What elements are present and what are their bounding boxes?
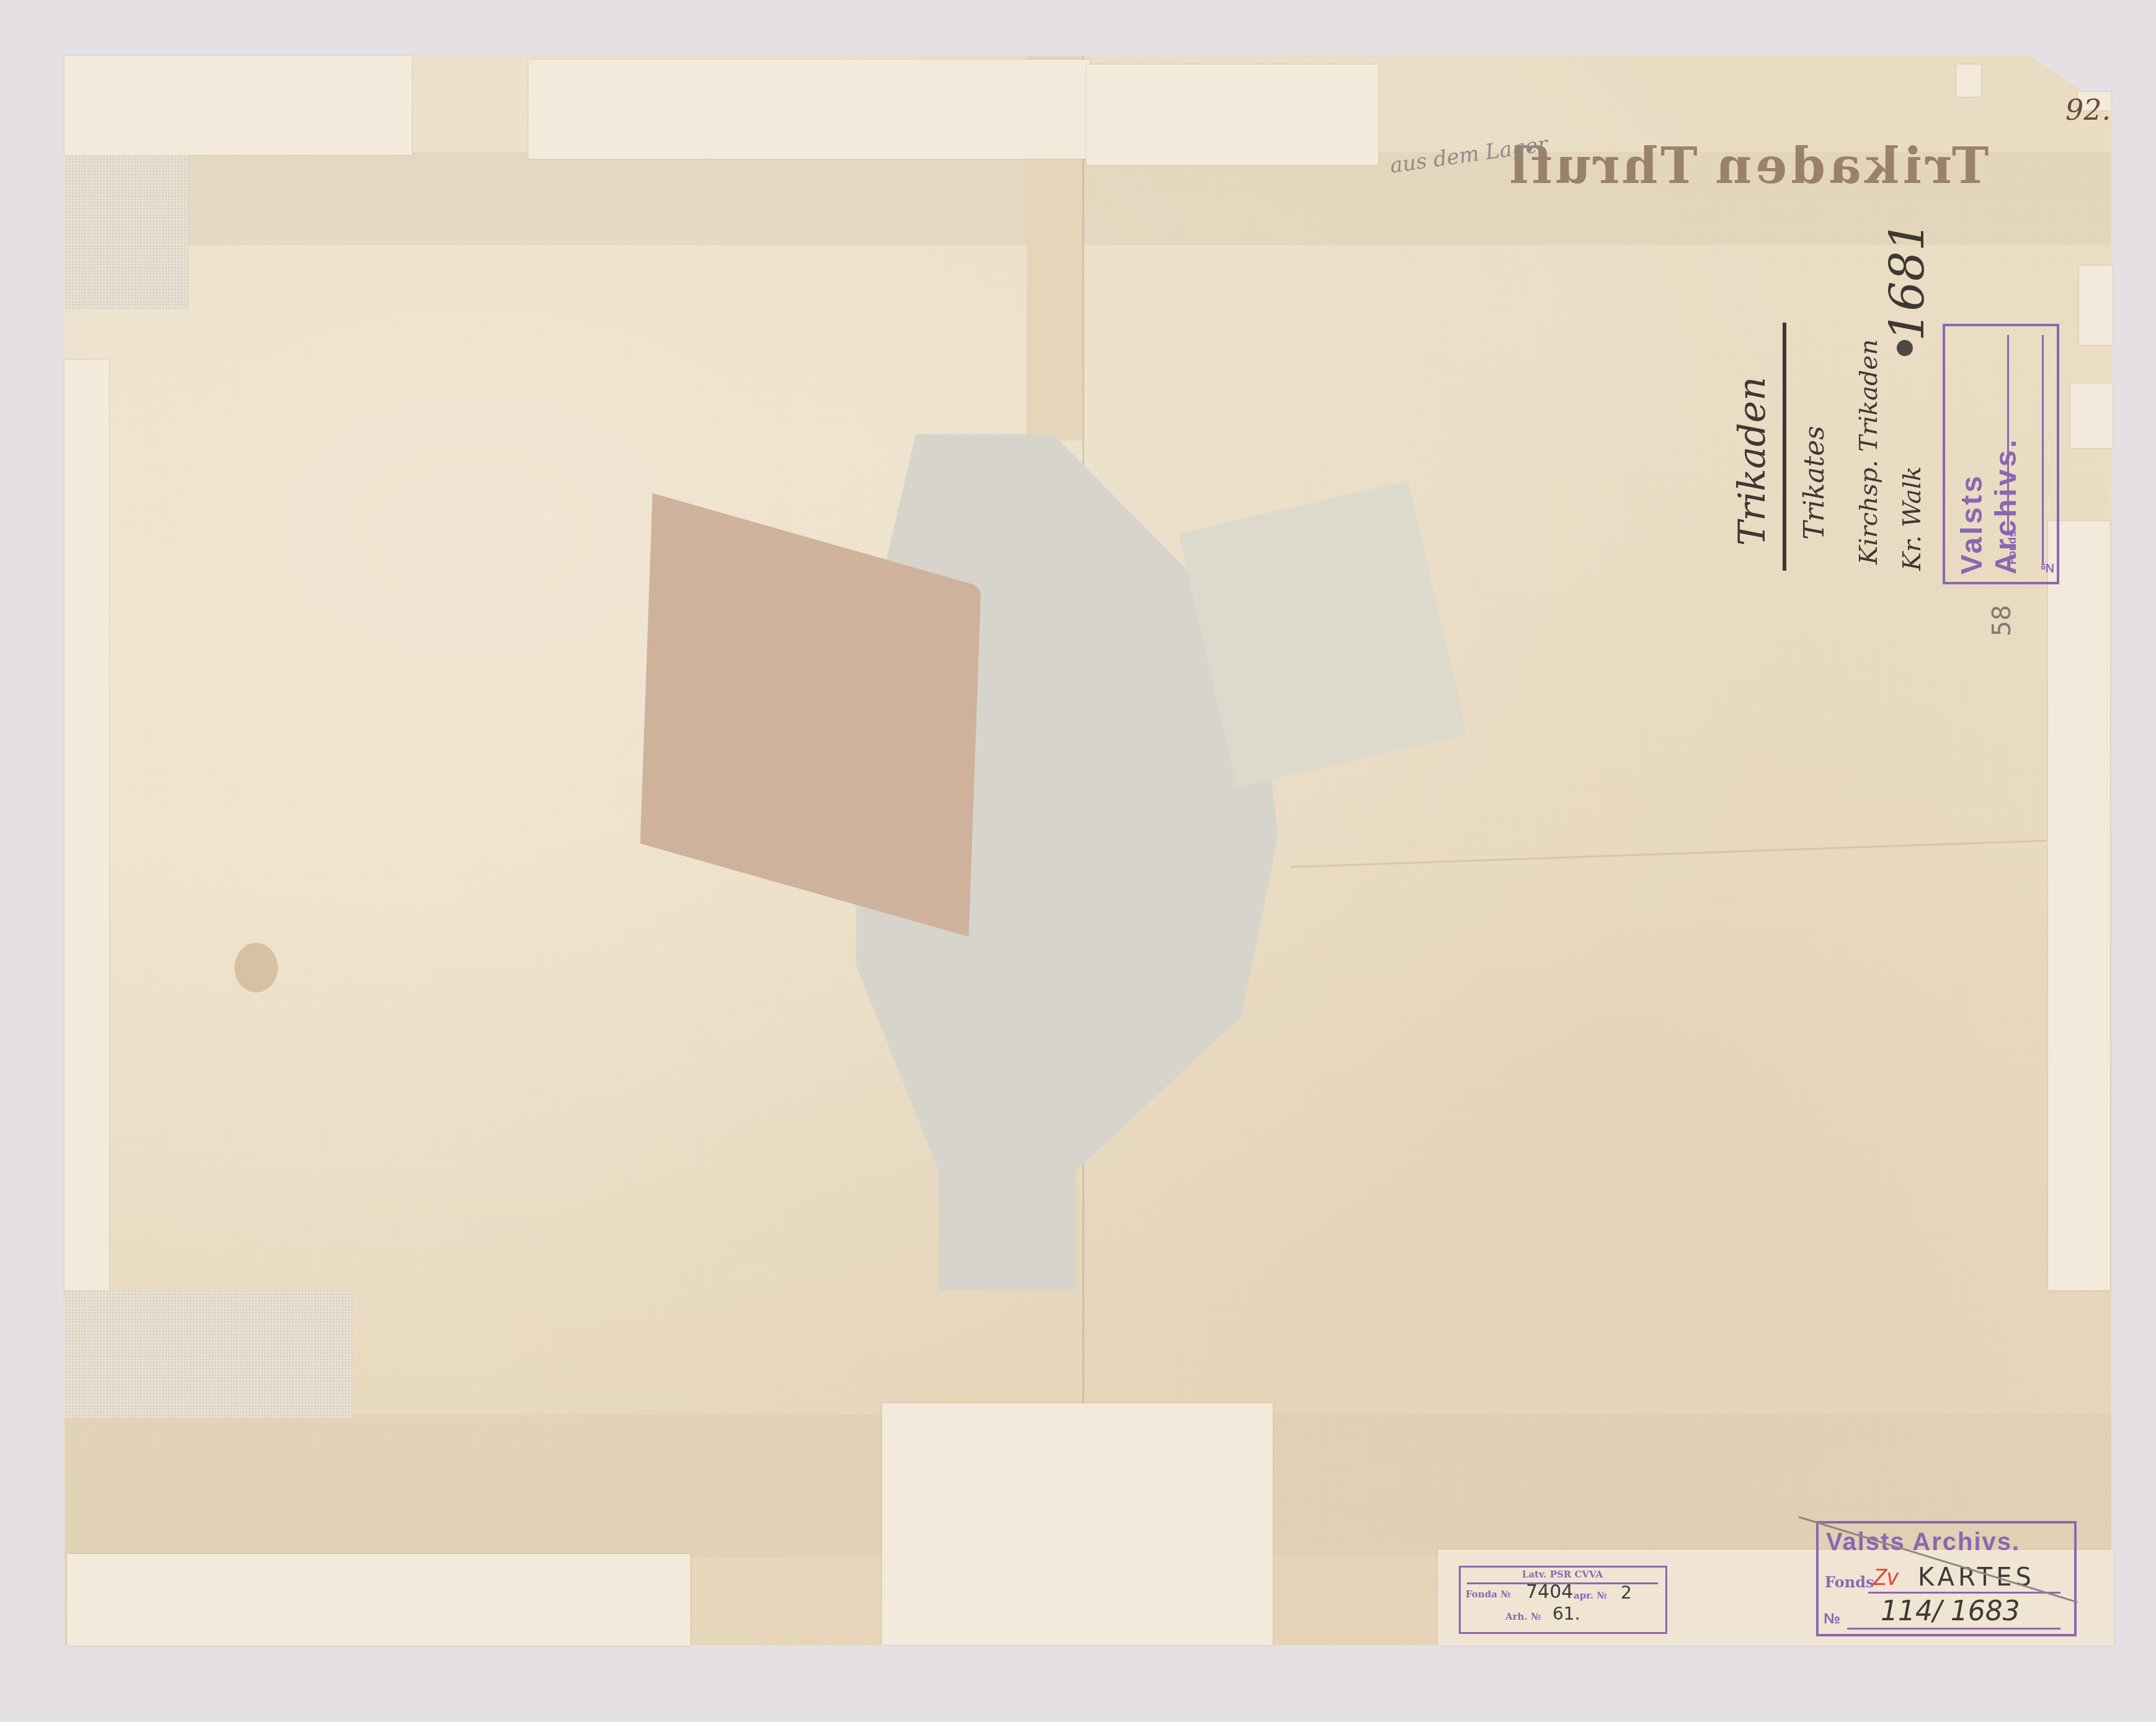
annotation-title: Trikaden bbox=[1731, 323, 1774, 546]
stamp-soviet-fonds-label: Fonda № bbox=[1466, 1589, 1510, 1600]
repair-patch-bottom-center bbox=[882, 1403, 1273, 1645]
stamp-archive-fonds-mark: Zv bbox=[1873, 1564, 1898, 1590]
repair-tab-top-right bbox=[1956, 65, 1981, 97]
stamp-vertical-line-1 bbox=[2007, 335, 2009, 533]
gauze-patch-top-left bbox=[65, 155, 189, 310]
page-number: 92. bbox=[2065, 93, 2111, 127]
archive-stamp-valsts-archivs: Valsts Archivs. Fonds Zv KARTES № 114/ 1… bbox=[1816, 1521, 2077, 1636]
stamp-soviet-fonds-value: 7404 bbox=[1526, 1581, 1573, 1603]
stamp-vertical-number-label: № bbox=[2041, 561, 2055, 574]
stamp-soviet-apr-value: 2 bbox=[1621, 1582, 1632, 1603]
stamp-archive-fonds-value: KARTES bbox=[1918, 1563, 2035, 1592]
repair-tab-right-1 bbox=[2079, 265, 2113, 345]
stamp-archive-fonds-line bbox=[1868, 1592, 2060, 1594]
gauze-patch-bottom-left bbox=[65, 1290, 353, 1417]
repair-strip-right bbox=[2048, 521, 2110, 1290]
repair-patch-top-center bbox=[528, 60, 1090, 159]
stamp-archive-number-label: № bbox=[1824, 1610, 1840, 1628]
archive-stamp-latv-psr: Latv. PSR CVVA Fonda № 7404 apr. № 2 Arh… bbox=[1459, 1566, 1667, 1634]
pencil-number: 58 bbox=[1988, 605, 2016, 636]
repair-patch-bottom-left bbox=[67, 1554, 690, 1646]
bleed-through-text-right: Trikaden bbox=[1712, 136, 1989, 195]
stamp-vertical-fonds-label: Fonds bbox=[2006, 531, 2019, 564]
annotation-line-3: Kirchsp. Trikaden bbox=[1855, 366, 1883, 564]
stamp-archive-fonds-label: Fonds bbox=[1825, 1573, 1874, 1591]
stamp-soviet-arh-value: 61. bbox=[1552, 1604, 1580, 1624]
annotation-line-4: Kr. Walk bbox=[1898, 409, 1927, 571]
annotation-underline bbox=[1783, 323, 1786, 571]
stamp-archive-number-value: 114/ 1683 bbox=[1881, 1595, 2020, 1627]
stamp-soviet-arh-label: Arh. № bbox=[1505, 1611, 1541, 1622]
repair-strip-left bbox=[65, 360, 109, 1303]
ink-blot bbox=[1897, 340, 1913, 356]
stamp-soviet-apr-label: apr. № bbox=[1574, 1590, 1606, 1601]
stamp-vertical-line-2 bbox=[2042, 335, 2044, 564]
stain-spot bbox=[234, 943, 278, 993]
stamp-archive-number-line bbox=[1847, 1628, 2060, 1630]
annotation-line-2: Trikates bbox=[1799, 391, 1830, 540]
repair-patch-top-center-right bbox=[1087, 65, 1378, 165]
year-annotation: 1681 bbox=[1879, 199, 1935, 341]
repair-patch-top-left bbox=[65, 56, 412, 155]
repair-tab-right-2 bbox=[2070, 383, 2113, 448]
archive-stamp-vertical: Valsts Archivs. Fonds № bbox=[1943, 324, 2059, 584]
